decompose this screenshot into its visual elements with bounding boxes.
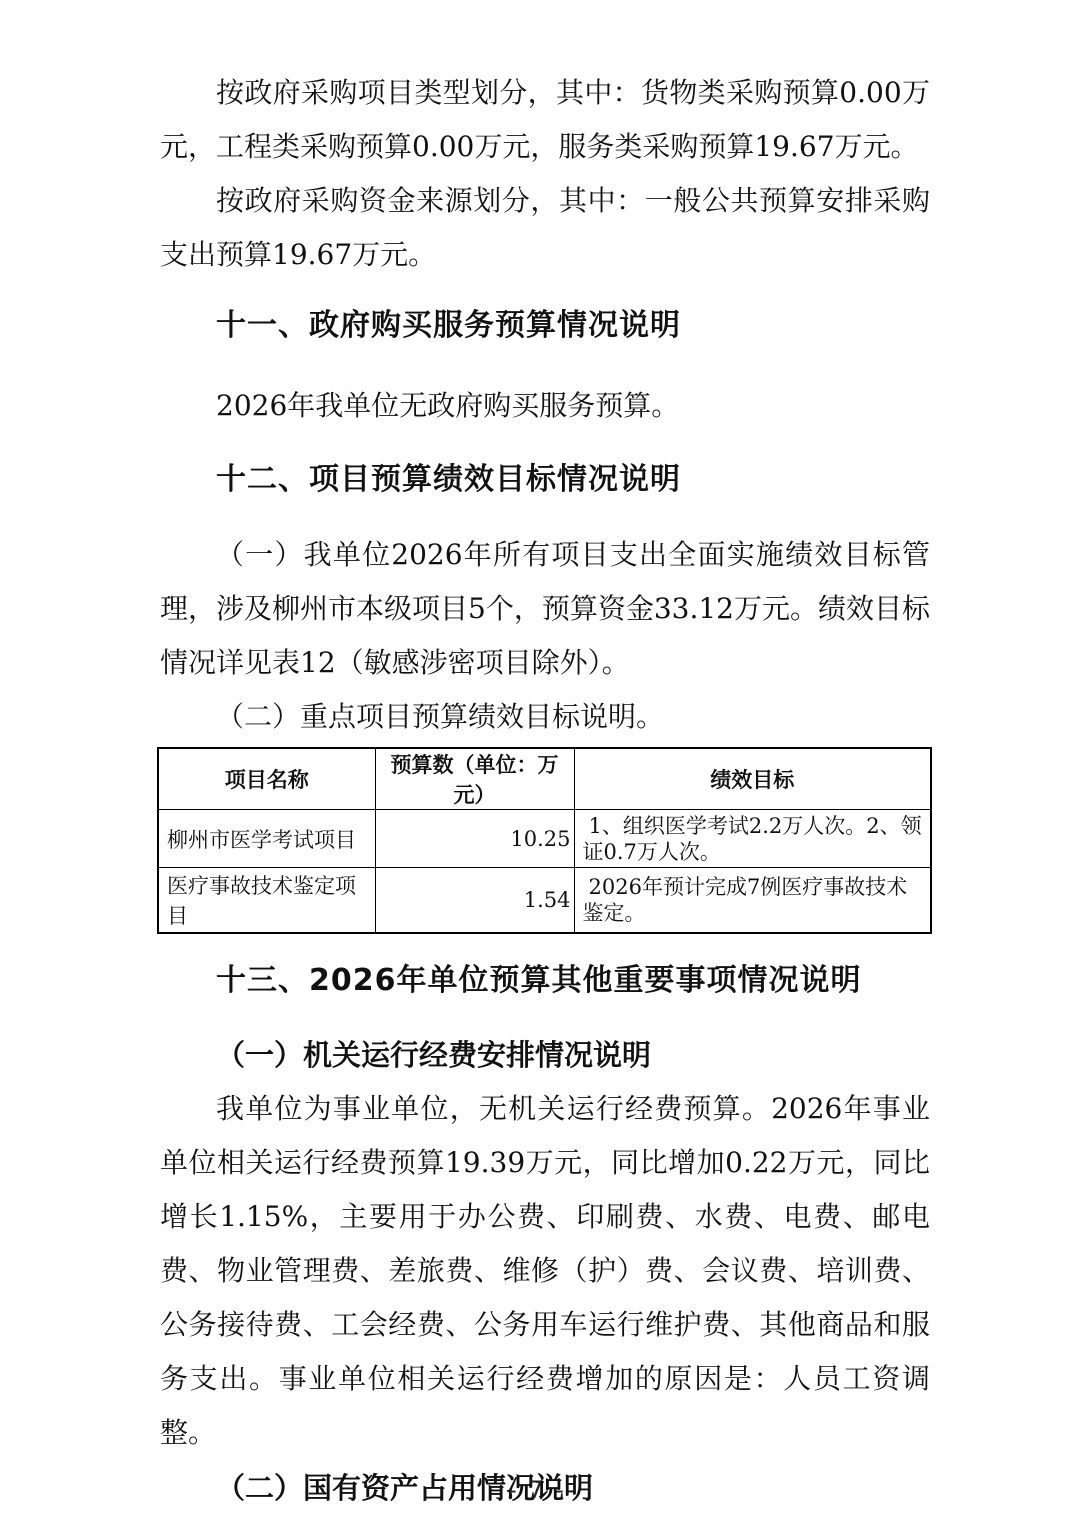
section-heading-11: 十一、政府购买服务预算情况说明: [160, 299, 930, 353]
table-header-row: 项目名称 预算数（单位：万元） 绩效目标: [158, 748, 931, 810]
target-cell: 1、组织医学考试2.2万人次。2、领证0.7万人次。: [574, 810, 931, 868]
section-heading-13: 十三、2026年单位预算其他重要事项情况说明: [160, 954, 930, 1008]
page-number: - 7 -: [0, 1476, 1074, 1504]
page-content: 按政府采购项目类型划分，其中：货物类采购预算0.00万元，工程类采购预算0.00…: [160, 66, 930, 1515]
para-performance-overview: （一）我单位2026年所有项目支出全面实施绩效目标管理，涉及柳州市本级项目5个，…: [160, 528, 930, 690]
table-row: 医疗事故技术鉴定项目 1.54 2026年预计完成7例医疗事故技术鉴定。: [158, 868, 931, 934]
budget-cell: 1.54: [375, 868, 574, 934]
para-procurement-by-source: 按政府采购资金来源划分，其中：一般公共预算安排采购支出预算19.67万元。: [160, 174, 930, 282]
table-header-performance-target: 绩效目标: [574, 748, 931, 810]
performance-target-table: 项目名称 预算数（单位：万元） 绩效目标 柳州市医学考试项目 10.25 1、组…: [157, 747, 932, 934]
document-page: { "document": { "para_procurement_by_typ…: [0, 0, 1074, 1520]
target-cell: 2026年预计完成7例医疗事故技术鉴定。: [574, 868, 931, 934]
para-no-gov-purchase: 2026年我单位无政府购买服务预算。: [160, 379, 930, 433]
table-header-project-name: 项目名称: [158, 748, 375, 810]
table-row: 柳州市医学考试项目 10.25 1、组织医学考试2.2万人次。2、领证0.7万人…: [158, 810, 931, 868]
subsection-heading-operating-funds: （一）机关运行经费安排情况说明: [160, 1028, 930, 1082]
table-header-budget: 预算数（单位：万元）: [375, 748, 574, 810]
para-procurement-by-type: 按政府采购项目类型划分，其中：货物类采购预算0.00万元，工程类采购预算0.00…: [160, 66, 930, 174]
para-operating-funds: 我单位为事业单位，无机关运行经费预算。2026年事业单位相关运行经费预算19.3…: [160, 1082, 930, 1460]
budget-cell: 10.25: [375, 810, 574, 868]
project-name-cell: 医疗事故技术鉴定项目: [158, 868, 375, 934]
section-heading-12: 十二、项目预算绩效目标情况说明: [160, 453, 930, 507]
project-name-cell: 柳州市医学考试项目: [158, 810, 375, 868]
para-key-project-note: （二）重点项目预算绩效目标说明。: [160, 690, 930, 744]
